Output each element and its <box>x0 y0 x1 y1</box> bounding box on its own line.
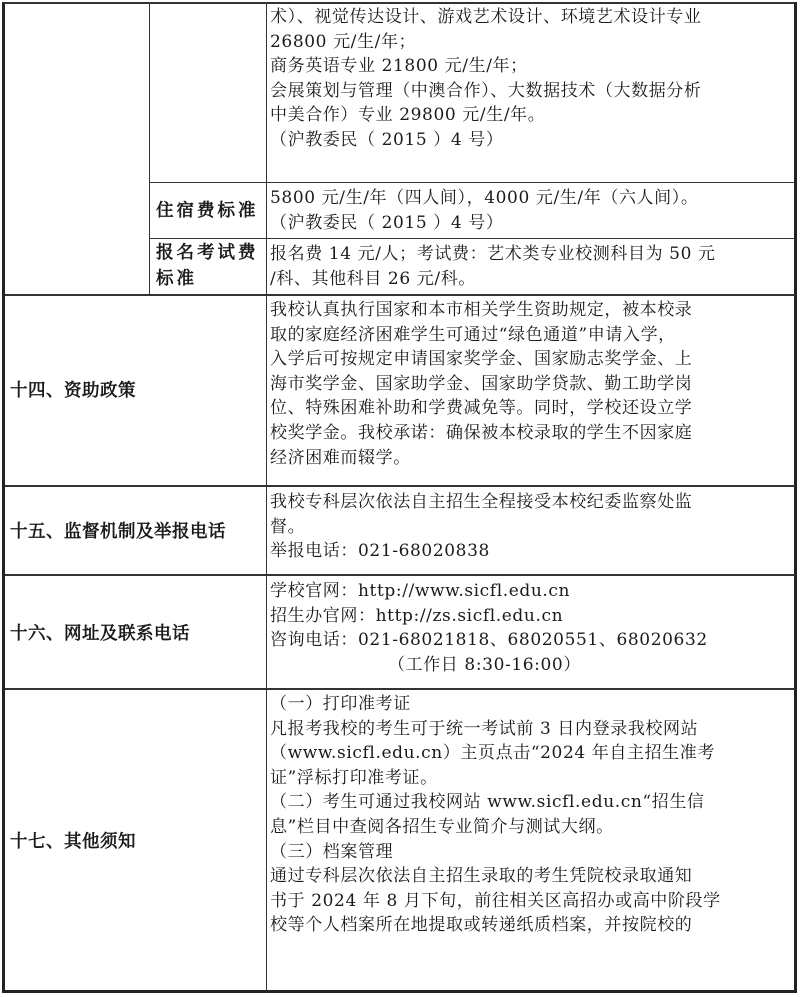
text-line: （沪教委民（ 2015 ）4 号） <box>270 211 796 236</box>
section-16-label: 十六、网址及联系电话 <box>10 620 190 645</box>
text-line: 中美合作）专业 29800 元/生/年。 <box>270 103 796 128</box>
section-17-content: （一）打印准考证 凡报考我校的考生可于统一考试前 3 日内登录我校网站 （www… <box>270 692 796 938</box>
text-line: （www.sicfl.edu.cn）主页点击“2024 年自主招生准考 <box>270 741 796 766</box>
text-line: 校等个人档案所在地提取或转递纸质档案，并按院校的 <box>270 913 796 938</box>
school-website: 学校官网：http://www.sicfl.edu.cn <box>270 579 796 604</box>
exam-fee-label: 报名考试费 标准 <box>156 240 259 292</box>
text-line: 海市奖学金、国家助学金、国家助学贷款、勤工助学岗 <box>270 372 796 397</box>
text-line: 息”栏目中查阅各招生专业简介与测试大纲。 <box>270 815 796 840</box>
text-line: 商务英语专业 21800 元/生/年； <box>270 54 796 79</box>
text-line: 督。 <box>270 515 796 540</box>
text-line: /科、其他科目 26 元/科。 <box>270 267 796 292</box>
text-line: （一）打印准考证 <box>270 692 796 717</box>
accommodation-fee-content: 5800 元/生/年（四人间），4000 元/生/年（六人间）。 （沪教委民（ … <box>270 186 796 235</box>
text-line: 经济困难而辍学。 <box>270 446 796 471</box>
text-line: 位、特殊困难补助和学费减免等。同时，学校还设立学 <box>270 396 796 421</box>
text-line: 通过专科层次依法自主招生录取的考生凭院校录取通知 <box>270 864 796 889</box>
row-divider <box>149 182 795 183</box>
exam-fee-content: 报名费 14 元/人；考试费：艺术类专业校测科目为 50 元 /科、其他科目 2… <box>270 242 796 291</box>
text-line: 入学后可按规定申请国家奖学金、国家励志奖学金、上 <box>270 347 796 372</box>
section-14-content: 我校认真执行国家和本市相关学生资助规定，被本校录 取的家庭经济困难学生可通过“绿… <box>270 298 796 470</box>
section-16-content: 学校官网：http://www.sicfl.edu.cn 招生办官网：http:… <box>270 579 796 677</box>
text-line: 我校专科层次依法自主招生全程接受本校纪委监察处监 <box>270 490 796 515</box>
text-line: 取的家庭经济困难学生可通过“绿色通道”申请入学， <box>270 323 796 348</box>
text-line: 我校认真执行国家和本市相关学生资助规定，被本校录 <box>270 298 796 323</box>
section-15-label: 十五、监督机制及举报电话 <box>10 518 226 543</box>
row-divider <box>149 238 795 239</box>
row-divider <box>5 574 795 576</box>
text-line: 报名费 14 元/人；考试费：艺术类专业校测科目为 50 元 <box>270 242 796 267</box>
text-line: （二）考生可通过我校网站 www.sicfl.edu.cn“招生信 <box>270 790 796 815</box>
text-line: 术）、视觉传达设计、游戏艺术设计、环境艺术设计专业 <box>270 5 796 30</box>
text-line: （沪教委民（ 2015 ）4 号） <box>270 128 796 153</box>
admissions-website: 招生办官网：http://zs.sicfl.edu.cn <box>270 604 796 629</box>
row-divider <box>5 485 795 487</box>
tuition-fee-content: 术）、视觉传达设计、游戏艺术设计、环境艺术设计专业 26800 元/生/年； 商… <box>270 5 796 153</box>
text-line: （三）档案管理 <box>270 840 796 865</box>
section-15-content: 我校专科层次依法自主招生全程接受本校纪委监察处监 督。 举报电话：021-680… <box>270 490 796 564</box>
text-line: 证”浮标打印准考证。 <box>270 766 796 791</box>
section-17-label: 十七、其他须知 <box>10 828 136 853</box>
text-line: 校奖学金。我校承诺：确保被本校录取的学生不因家庭 <box>270 421 796 446</box>
row-divider <box>5 688 795 690</box>
contact-phone: 咨询电话：021-68021818、68020551、68020632 <box>270 628 796 653</box>
section-14-label: 十四、资助政策 <box>10 377 136 402</box>
label-line: 报名考试费 <box>156 240 259 266</box>
accommodation-fee-label: 住宿费标准 <box>156 198 259 224</box>
label-line: 标准 <box>156 266 259 292</box>
column-divider <box>266 4 267 993</box>
report-phone: 举报电话：021-68020838 <box>270 539 796 564</box>
text-line: 书于 2024 年 8 月下旬，前往相关区高招办或高中阶段学 <box>270 889 796 914</box>
text-line: 会展策划与管理（中澳合作）、大数据技术（大数据分析 <box>270 79 796 104</box>
office-hours: （工作日 8:30-16:00） <box>270 653 796 678</box>
row-divider <box>5 294 795 296</box>
text-line: 凡报考我校的考生可于统一考试前 3 日内登录我校网站 <box>270 717 796 742</box>
text-line: 26800 元/生/年； <box>270 30 796 55</box>
text-line: 5800 元/生/年（四人间），4000 元/生/年（六人间）。 <box>270 186 796 211</box>
column-divider <box>149 4 150 295</box>
